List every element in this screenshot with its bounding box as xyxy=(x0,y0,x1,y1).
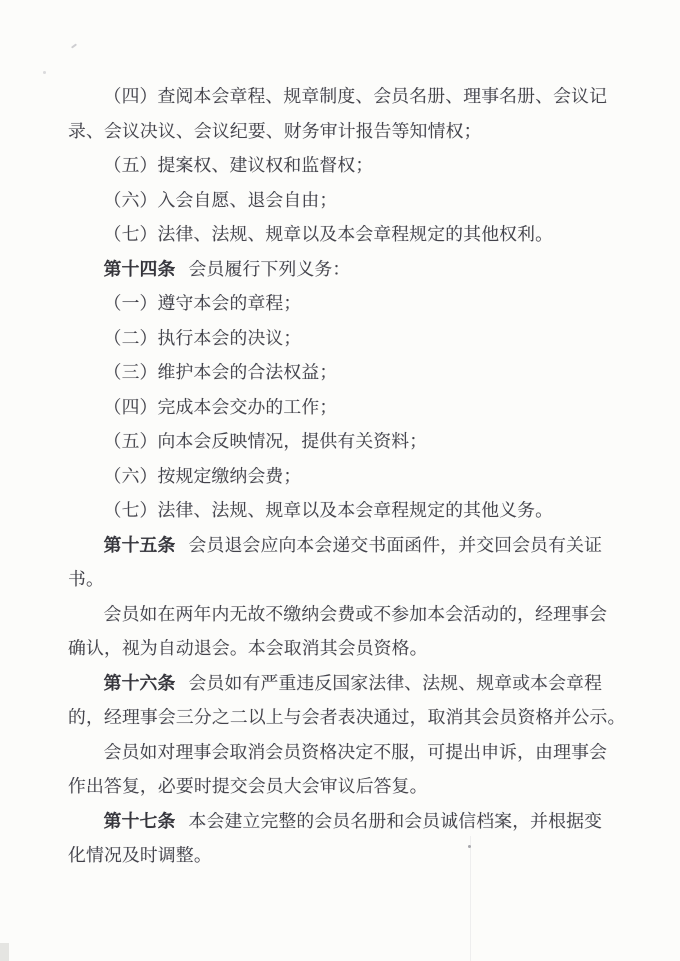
text-line: （四）查阅本会章程、规章制度、会员名册、理事名册、会议记 xyxy=(68,79,624,114)
paragraph: 会员如在两年内无故不缴纳会费或不参加本会活动的，经理事会 确认，视为自动退会。本… xyxy=(68,597,624,666)
article-paragraph: 第十七条本会建立完整的会员名册和会员诚信档案，并根据变 化情况及时调整。 xyxy=(68,804,624,873)
paragraph: （六）按规定缴纳会费； xyxy=(68,459,624,494)
paragraph: （五）提案权、建议权和监督权； xyxy=(68,148,624,183)
article-paragraph: 第十六条会员如有严重违反国家法律、法规、规章或本会章程 的，经理事会三分之二以上… xyxy=(68,666,624,735)
text-line: （二）执行本会的决议； xyxy=(68,321,624,356)
article-text: 本会建立完整的会员名册和会员诚信档案，并根据变 xyxy=(189,811,603,831)
scan-speck xyxy=(43,71,46,74)
paragraph: 会员如对理事会取消会员资格决定不服，可提出申诉，由理事会 作出答复，必要时提交会… xyxy=(68,735,624,804)
document-body: （四）查阅本会章程、规章制度、会员名册、理事名册、会议记 录、会议决议、会议纪要… xyxy=(68,79,624,873)
text-line: 确认，视为自动退会。本会取消其会员资格。 xyxy=(68,631,624,666)
article-number: 第十五条 xyxy=(104,535,176,555)
article-text: 会员履行下列义务： xyxy=(189,259,351,279)
paragraph: （四）查阅本会章程、规章制度、会员名册、理事名册、会议记 录、会议决议、会议纪要… xyxy=(68,79,624,148)
paragraph: （二）执行本会的决议； xyxy=(68,321,624,356)
text-line: 的，经理事会三分之二以上与会者表决通过，取消其会员资格并公示。 xyxy=(68,700,624,735)
paragraph: （五）向本会反映情况，提供有关资料； xyxy=(68,424,624,459)
text-line: 第十五条会员退会应向本会递交书面函件，并交回会员有关证 xyxy=(68,528,624,563)
scan-speck xyxy=(71,43,77,48)
scanned-document-page: （四）查阅本会章程、规章制度、会员名册、理事名册、会议记 录、会议决议、会议纪要… xyxy=(0,0,680,961)
text-line: 化情况及时调整。 xyxy=(68,838,624,873)
paragraph: （四）完成本会交办的工作； xyxy=(68,390,624,425)
text-line: （三）维护本会的合法权益； xyxy=(68,355,624,390)
text-line: （六）入会自愿、退会自由； xyxy=(68,183,624,218)
text-line: 作出答复，必要时提交会员大会审议后答复。 xyxy=(68,769,624,804)
text-line: （五）提案权、建议权和监督权； xyxy=(68,148,624,183)
text-line: 书。 xyxy=(68,562,624,597)
paragraph: （七）法律、法规、规章以及本会章程规定的其他权利。 xyxy=(68,217,624,252)
text-line: 会员如在两年内无故不缴纳会费或不参加本会活动的，经理事会 xyxy=(68,597,624,632)
article-text: 会员退会应向本会递交书面函件，并交回会员有关证 xyxy=(189,535,603,555)
article-number: 第十四条 xyxy=(104,259,176,279)
text-line: （七）法律、法规、规章以及本会章程规定的其他权利。 xyxy=(68,217,624,252)
text-line: （七）法律、法规、规章以及本会章程规定的其他义务。 xyxy=(68,493,624,528)
paragraph: （一）遵守本会的章程； xyxy=(68,286,624,321)
text-line: （一）遵守本会的章程； xyxy=(68,286,624,321)
text-line: 第十四条会员履行下列义务： xyxy=(68,252,624,287)
text-line: 第十六条会员如有严重违反国家法律、法规、规章或本会章程 xyxy=(68,666,624,701)
text-line: 会员如对理事会取消会员资格决定不服，可提出申诉，由理事会 xyxy=(68,735,624,770)
paragraph: （七）法律、法规、规章以及本会章程规定的其他义务。 xyxy=(68,493,624,528)
text-line: 录、会议决议、会议纪要、财务审计报告等知情权； xyxy=(68,114,624,149)
article-text: 会员如有严重违反国家法律、法规、规章或本会章程 xyxy=(189,673,603,693)
article-number: 第十六条 xyxy=(104,673,176,693)
text-line: 第十七条本会建立完整的会员名册和会员诚信档案，并根据变 xyxy=(68,804,624,839)
text-line: （四）完成本会交办的工作； xyxy=(68,390,624,425)
text-line: （五）向本会反映情况，提供有关资料； xyxy=(68,424,624,459)
scan-corner-shadow xyxy=(0,943,9,961)
paragraph: （六）入会自愿、退会自由； xyxy=(68,183,624,218)
paragraph: （三）维护本会的合法权益； xyxy=(68,355,624,390)
article-number: 第十七条 xyxy=(104,811,176,831)
article-paragraph: 第十四条会员履行下列义务： xyxy=(68,252,624,287)
text-line: （六）按规定缴纳会费； xyxy=(68,459,624,494)
article-paragraph: 第十五条会员退会应向本会递交书面函件，并交回会员有关证 书。 xyxy=(68,528,624,597)
